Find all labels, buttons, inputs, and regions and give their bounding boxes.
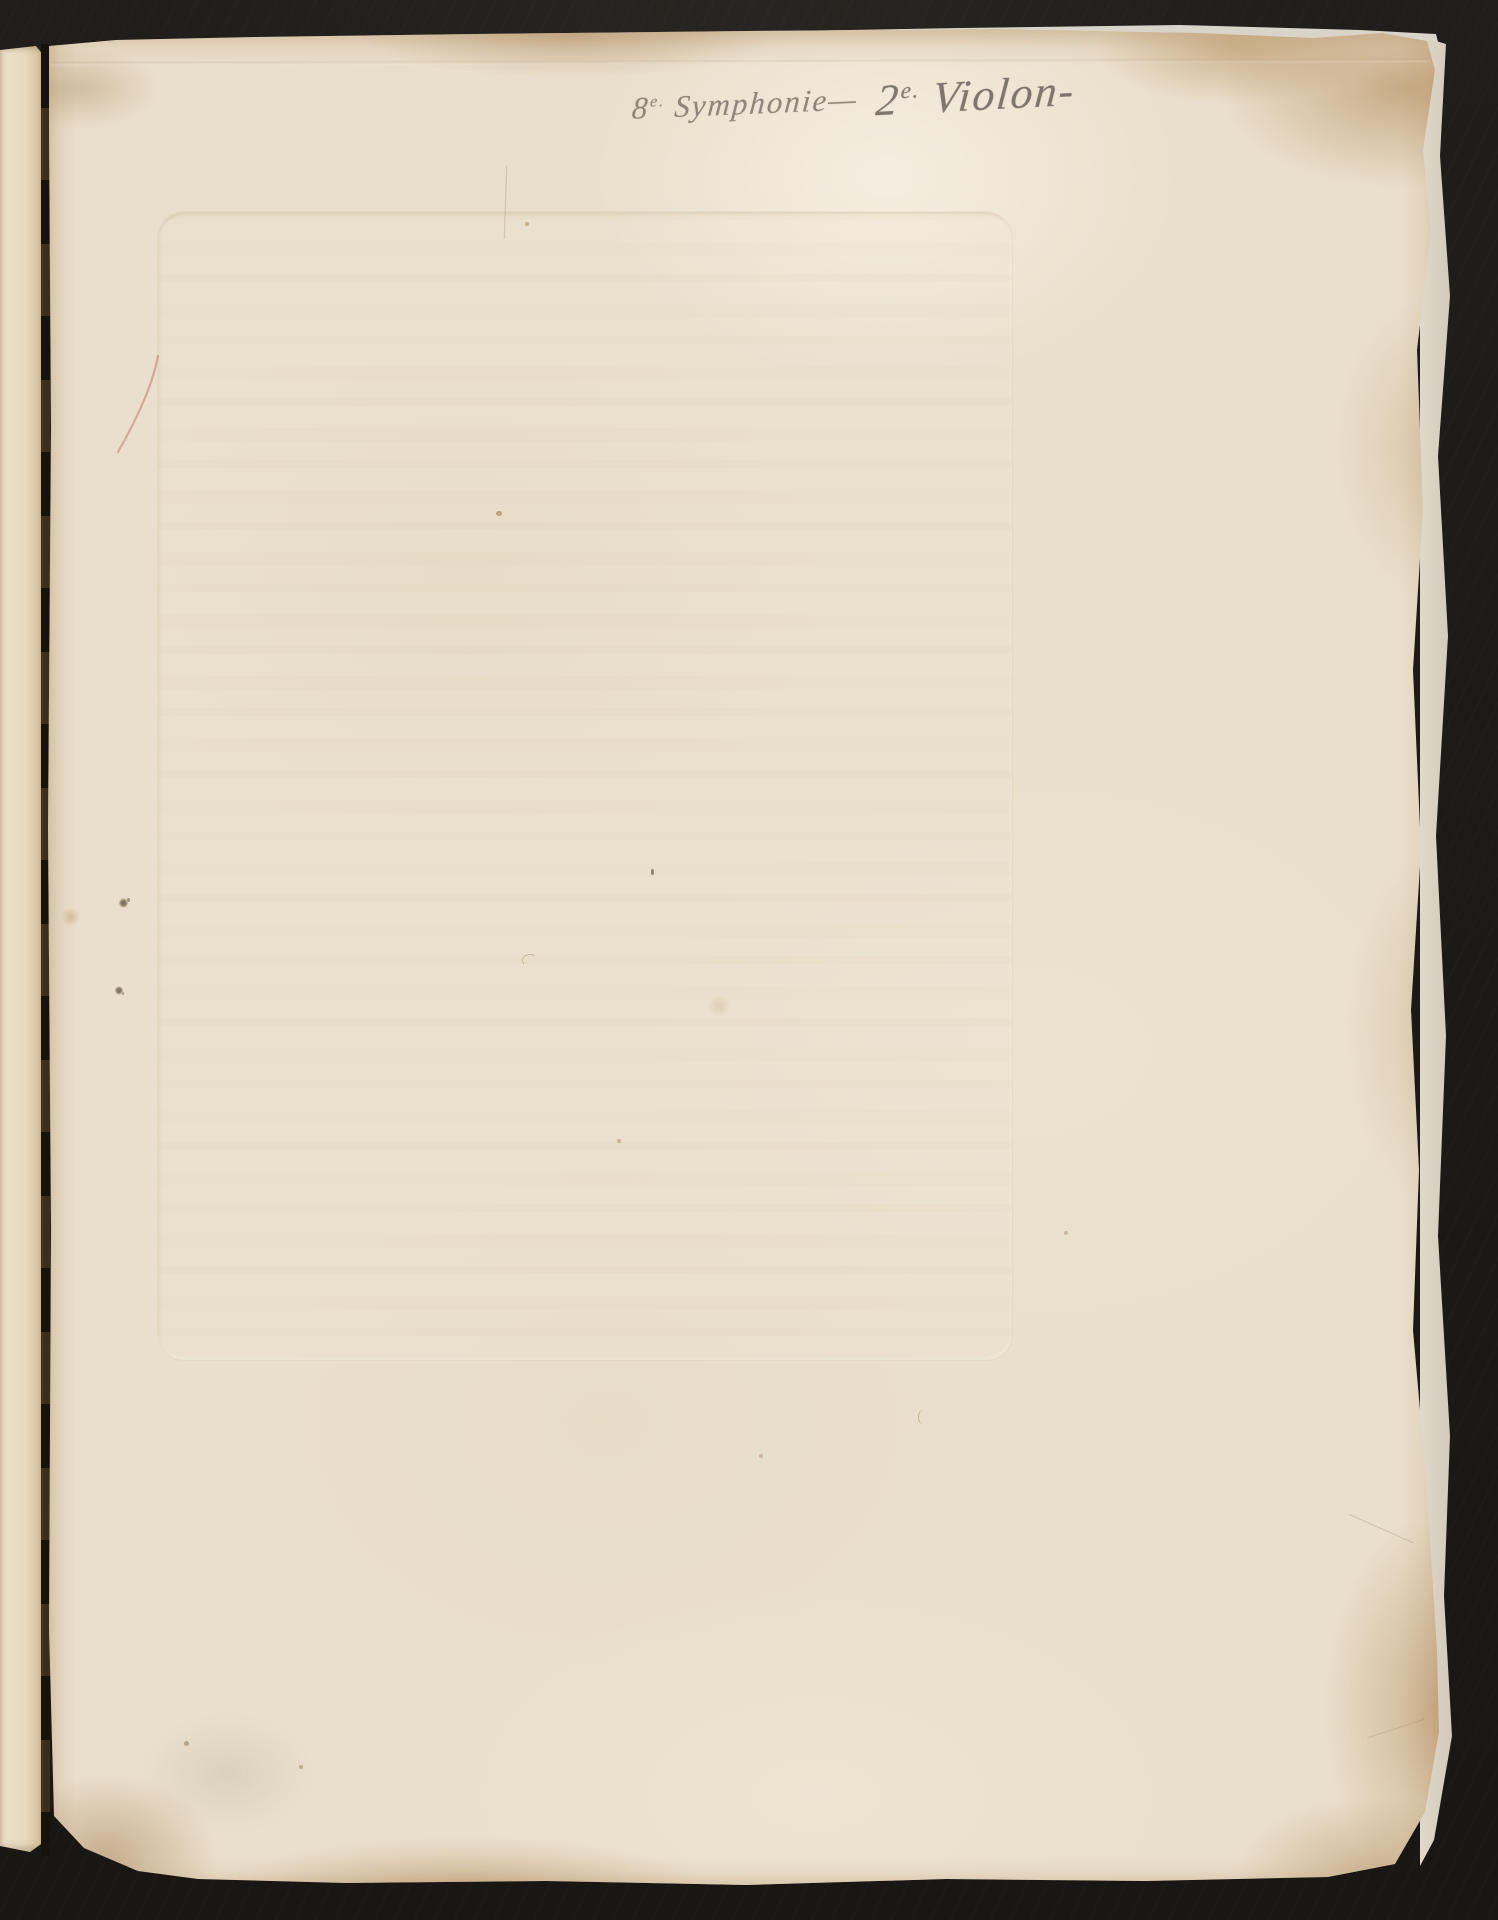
stain-speck [617,1139,621,1143]
stain-blotch [60,908,82,926]
stain-speck [651,869,654,875]
fiber-mark [522,954,536,966]
sewing-hole [119,898,128,908]
crease-line [1367,1719,1424,1738]
symphony-flourish: — [827,81,859,117]
stain-speck [496,511,502,516]
stain-speck [299,1765,303,1769]
stain-blotch [706,996,732,1016]
red-crayon-mark [96,348,186,468]
plate-mark-impression [158,212,1012,1360]
crease-line [1349,1514,1413,1543]
edge-wear-staining [46,28,1446,1888]
gray-smudge [142,1716,312,1831]
part-ordinal: e. [900,77,922,103]
previous-page-edge [0,46,44,1852]
scratch-mark [504,165,508,239]
fiber-mark [918,1410,927,1424]
stain-speck [184,1741,189,1746]
pencil-annotation-violin-part: 2e. Violon- [874,65,1078,127]
stain-speck [1064,1231,1068,1235]
symphony-word: Symphonie [673,82,830,124]
pencil-annotation-symphony: 8e. Symphonie— [631,81,860,127]
part-numeral: 2 [874,75,902,126]
part-word: Violon [931,67,1061,123]
stain-speck [759,1454,763,1458]
stain-speck [525,222,529,226]
crease-line [50,58,1430,66]
part-flourish: - [1057,66,1078,116]
symphony-ordinal: e. [649,93,666,111]
sewing-hole [115,986,123,995]
manuscript-page: 8e. Symphonie— 2e. Violon- [46,28,1446,1888]
binding-gutter [41,44,50,1856]
symphony-numeral: 8 [631,90,651,126]
